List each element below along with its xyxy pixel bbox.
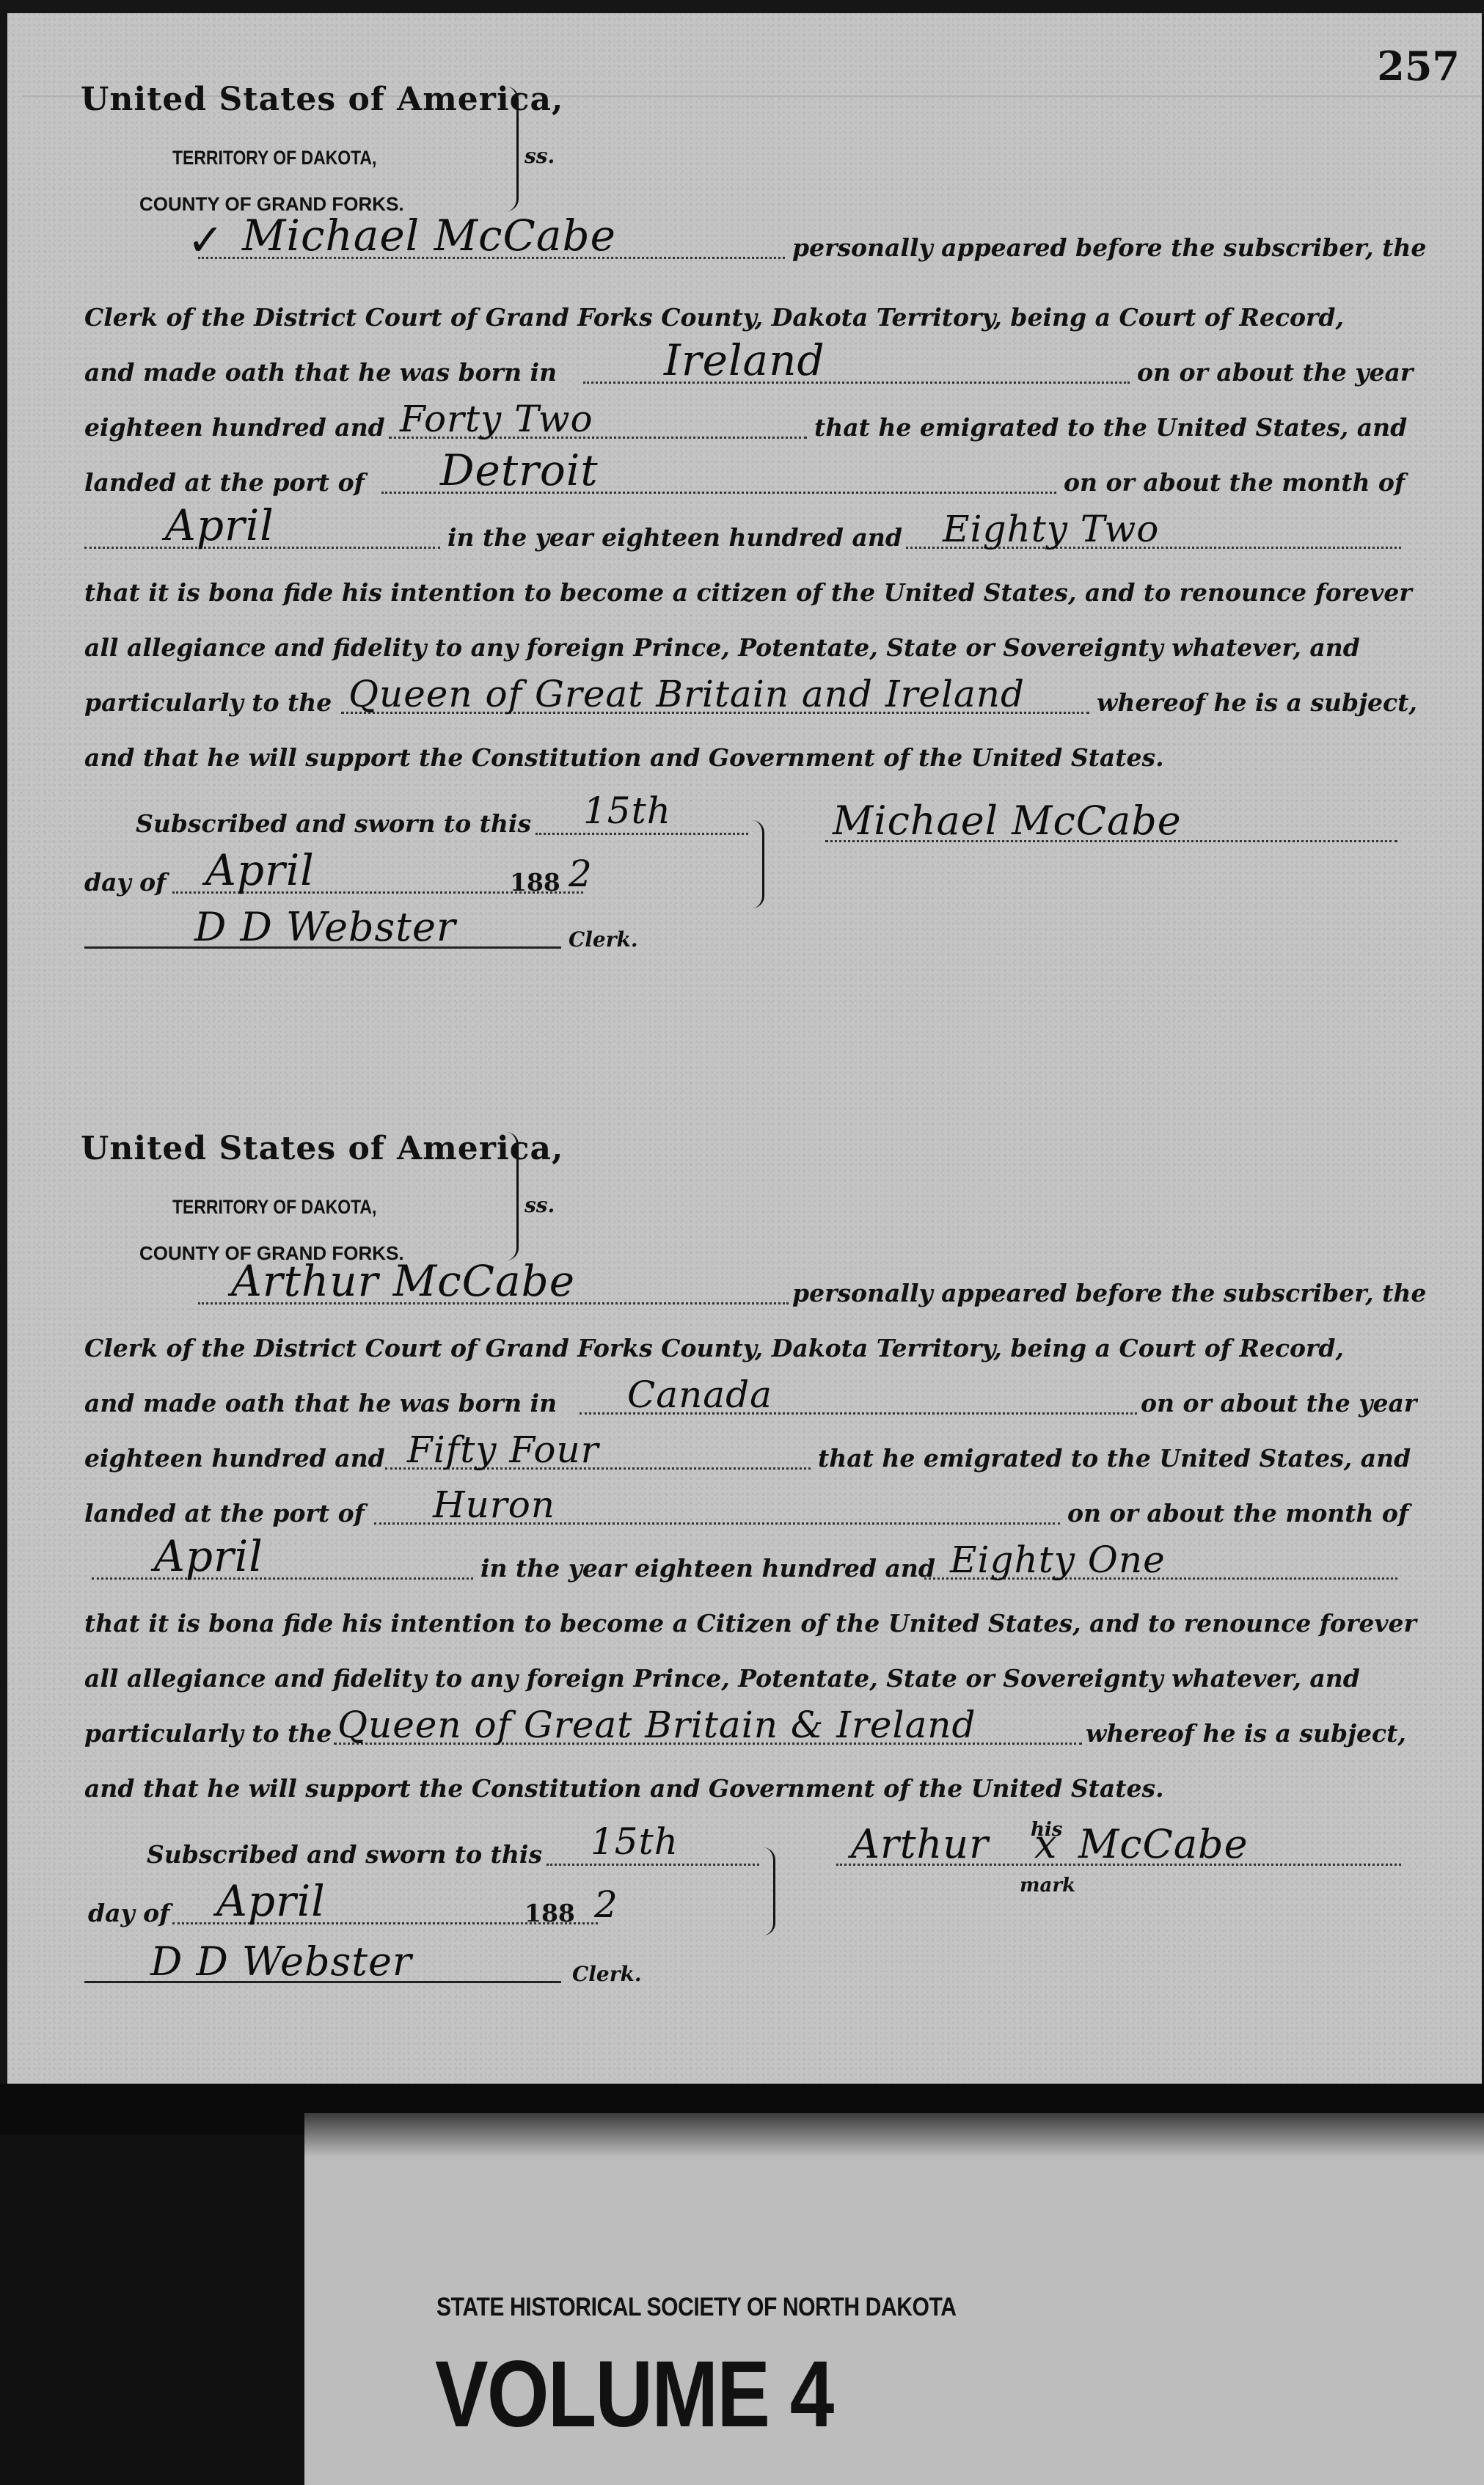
declarant-name: Arthur McCabe bbox=[231, 1256, 575, 1306]
support-text: and that he will support the Constitutio… bbox=[84, 1774, 1164, 1803]
day-of-line: day of April 188 2 bbox=[84, 1888, 1401, 1932]
arrival-line: April in the year eighteen hundred and E… bbox=[84, 512, 1401, 556]
intention-text: that it is bona fide his intention to be… bbox=[84, 578, 1412, 607]
day-of-label: day of bbox=[84, 868, 166, 897]
appeared-text: personally appeared before the subscribe… bbox=[792, 233, 1426, 262]
allegiance-text: all allegiance and fidelity to any forei… bbox=[84, 1664, 1360, 1693]
intention-line: that it is bona fide his intention to be… bbox=[84, 567, 1401, 611]
arrival-year-value: Eighty Two bbox=[943, 508, 1159, 550]
ledger-page: 257 United States of America, TERRITORY … bbox=[0, 13, 1482, 2091]
clerk-court-text: Clerk of the District Court of Grand For… bbox=[84, 303, 1344, 332]
month-suffix: in the year eighteen hundred and bbox=[480, 1554, 935, 1583]
declarant-name: Michael McCabe bbox=[242, 211, 616, 260]
port-label: landed at the port of bbox=[84, 1499, 365, 1528]
name-line: ✓ Michael McCabe personally appeared bef… bbox=[84, 222, 1401, 266]
port-line: landed at the port of Huron on or about … bbox=[84, 1488, 1401, 1532]
page-number: 257 bbox=[1377, 43, 1460, 90]
signature-mark: x bbox=[1034, 1821, 1057, 1867]
support-text: and that he will support the Constitutio… bbox=[84, 743, 1164, 772]
arrival-month-value: April bbox=[154, 1531, 263, 1581]
clerk-label: Clerk. bbox=[572, 1962, 642, 1986]
day-of-label: day of bbox=[88, 1899, 169, 1927]
intention-text: that it is bona fide his intention to be… bbox=[84, 1609, 1417, 1638]
birth-year-label: eighteen hundred and bbox=[84, 413, 385, 442]
port-line: landed at the port of Detroit on or abou… bbox=[84, 457, 1401, 501]
birth-year-line: eighteen hundred and Fifty Four that he … bbox=[84, 1433, 1401, 1477]
birth-year-suffix: that he emigrated to the United States, … bbox=[818, 1444, 1411, 1473]
port-suffix: on or about the month of bbox=[1064, 468, 1405, 497]
sworn-year-printed: 188 bbox=[524, 1899, 575, 1927]
birthplace-line: and made oath that he was born in Canada… bbox=[84, 1378, 1401, 1422]
archive-target-card: STATE HISTORICAL SOCIETY OF NORTH DAKOTA… bbox=[304, 2113, 1484, 2485]
sovereign-value: Queen of Great Britain & Ireland bbox=[337, 1704, 976, 1746]
birthplace-value: Canada bbox=[627, 1373, 772, 1416]
sworn-year-digit: 2 bbox=[594, 1883, 618, 1926]
born-in-suffix: on or about the year bbox=[1137, 358, 1413, 387]
clerk-signature: D D Webster bbox=[150, 1938, 412, 1985]
day-of-line: day of April 188 2 bbox=[84, 857, 1401, 901]
birth-year-value: Forty Two bbox=[400, 398, 593, 440]
sworn-year-digit: 2 bbox=[569, 853, 593, 895]
port-label: landed at the port of bbox=[84, 468, 365, 497]
born-in-suffix: on or about the year bbox=[1141, 1389, 1417, 1417]
arrival-line: April in the year eighteen hundred and E… bbox=[84, 1543, 1401, 1587]
port-value: Detroit bbox=[440, 445, 599, 495]
birth-year-label: eighteen hundred and bbox=[84, 1444, 385, 1473]
birth-year-line: eighteen hundred and Forty Two that he e… bbox=[84, 402, 1401, 446]
sovereign-line: particularly to the Queen of Great Brita… bbox=[84, 677, 1401, 721]
particularly-suffix: whereof he is a subject, bbox=[1097, 688, 1417, 717]
sworn-day-value: 15th bbox=[591, 1820, 679, 1863]
sworn-day-rule bbox=[547, 1864, 759, 1866]
clerk-court-line: Clerk of the District Court of Grand For… bbox=[84, 1323, 1401, 1367]
header-title: United States of America, bbox=[81, 81, 563, 118]
declarant-signature: Michael McCabe bbox=[833, 798, 1182, 844]
signature-line: Michael McCabe bbox=[825, 806, 1397, 850]
clerk-label: Clerk. bbox=[569, 927, 638, 952]
birthplace-line: and made oath that he was born in Irelan… bbox=[84, 347, 1401, 391]
particularly-suffix: whereof he is a subject, bbox=[1086, 1719, 1406, 1748]
month-suffix: in the year eighteen hundred and bbox=[447, 523, 902, 552]
arrival-year-value: Eighty One bbox=[950, 1539, 1166, 1581]
port-suffix: on or about the month of bbox=[1067, 1499, 1408, 1528]
signature-first-name: Arthur bbox=[851, 1821, 989, 1867]
header-title: United States of America, bbox=[81, 1130, 563, 1167]
birthplace-value: Ireland bbox=[664, 335, 825, 385]
card-shadow bbox=[304, 2113, 1484, 2157]
clerk-court-line: Clerk of the District Court of Grand For… bbox=[84, 292, 1401, 336]
sworn-day-rule bbox=[536, 833, 748, 835]
name-line: Arthur McCabe personally appeared before… bbox=[84, 1268, 1401, 1312]
support-line: and that he will support the Constitutio… bbox=[84, 1763, 1401, 1807]
appeared-text: personally appeared before the subscribe… bbox=[792, 1279, 1426, 1307]
sworn-label: Subscribed and sworn to this bbox=[147, 1840, 542, 1869]
support-line: and that he will support the Constitutio… bbox=[84, 732, 1401, 776]
allegiance-line: all allegiance and fidelity to any forei… bbox=[84, 1653, 1401, 1697]
signature-line: Arthur his x McCabe mark bbox=[836, 1829, 1401, 1873]
header-ss: ss. bbox=[524, 144, 555, 168]
clerk-signature-line: D D Webster Clerk. bbox=[84, 912, 1401, 956]
port-value: Huron bbox=[433, 1484, 555, 1526]
sworn-year-printed: 188 bbox=[510, 868, 560, 897]
particularly-label: particularly to the bbox=[84, 1719, 332, 1748]
header-territory: TERRITORY OF DAKOTA, bbox=[172, 147, 376, 169]
signature-last-name: McCabe bbox=[1078, 1821, 1249, 1867]
volume-label: VOLUME 4 bbox=[435, 2340, 833, 2448]
arrival-month-value: April bbox=[165, 500, 274, 550]
born-in-label: and made oath that he was born in bbox=[84, 1389, 557, 1417]
header-brace bbox=[506, 1132, 519, 1260]
sworn-label: Subscribed and sworn to this bbox=[136, 809, 531, 838]
clerk-court-text: Clerk of the District Court of Grand For… bbox=[84, 1334, 1344, 1362]
institution-name: STATE HISTORICAL SOCIETY OF NORTH DAKOTA bbox=[436, 2293, 957, 2322]
particularly-label: particularly to the bbox=[84, 688, 332, 717]
allegiance-line: all allegiance and fidelity to any forei… bbox=[84, 622, 1401, 666]
allegiance-text: all allegiance and fidelity to any forei… bbox=[84, 633, 1360, 662]
birth-year-value: Fifty Four bbox=[407, 1428, 599, 1471]
sovereign-line: particularly to the Queen of Great Brita… bbox=[84, 1708, 1401, 1752]
sworn-month-value: April bbox=[216, 1876, 326, 1926]
header-territory: TERRITORY OF DAKOTA, bbox=[172, 1196, 376, 1219]
intention-line: that it is bona fide his intention to be… bbox=[84, 1598, 1401, 1642]
sworn-day-value: 15th bbox=[583, 789, 671, 832]
clerk-signature: D D Webster bbox=[194, 904, 456, 950]
sovereign-value: Queen of Great Britain and Ireland bbox=[348, 673, 1025, 715]
born-in-label: and made oath that he was born in bbox=[84, 358, 557, 387]
birth-year-suffix: that he emigrated to the United States, … bbox=[814, 413, 1407, 442]
header-brace bbox=[506, 87, 519, 211]
month-field-rule bbox=[92, 1577, 473, 1580]
sworn-month-value: April bbox=[205, 845, 315, 895]
clerk-signature-line: D D Webster Clerk. bbox=[84, 1946, 1401, 1990]
header-ss: ss. bbox=[524, 1193, 555, 1217]
